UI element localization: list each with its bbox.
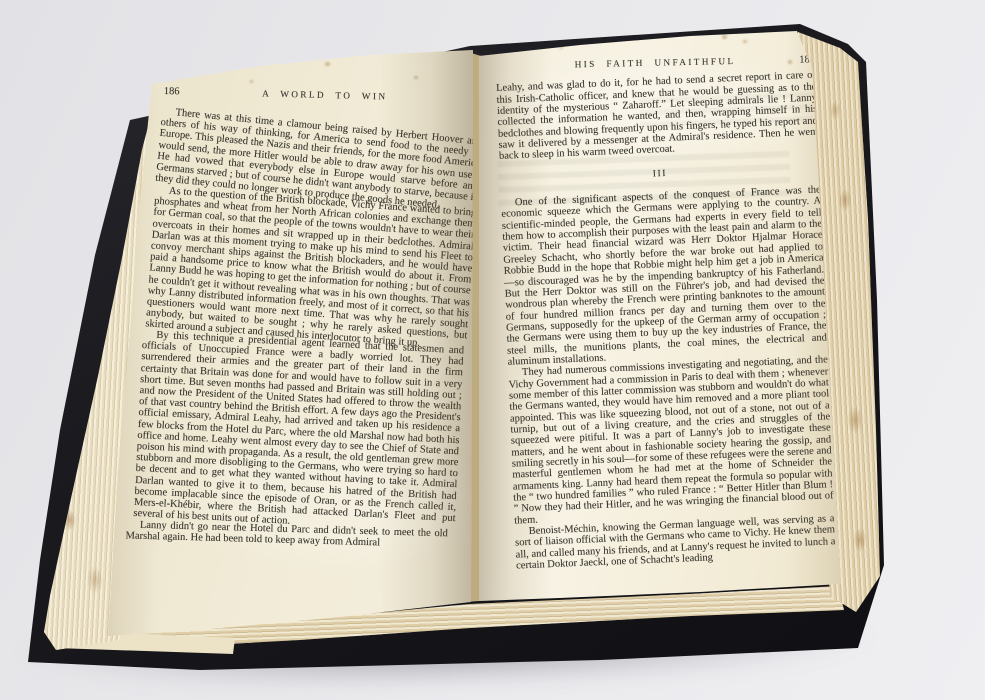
foxing-spot — [722, 35, 727, 39]
foxing-spot — [325, 62, 330, 66]
right-page-text: HIS FAITH UNFAITHFUL 187 Leahy, and was … — [495, 48, 836, 572]
foxing-spot — [743, 40, 747, 43]
left-running-head-row: 186 A WORLD TO WIN — [164, 86, 486, 105]
paragraph: They had numerous commissions investigat… — [508, 355, 834, 527]
running-head: HIS FAITH UNFAITHFUL — [537, 55, 773, 71]
section-heading: III — [500, 162, 820, 187]
right-running-head-row: HIS FAITH UNFAITHFUL 187 — [495, 54, 815, 72]
paragraph: One of the significant aspects of the co… — [501, 185, 828, 368]
paragraph: Leahy, and was glad to do it, for he had… — [496, 70, 819, 163]
page-number: 186 — [164, 86, 206, 98]
photo-background: 186 A WORLD TO WIN There was at this tim… — [0, 0, 985, 700]
paragraph: As to the question of the British blocka… — [145, 184, 477, 352]
foxing-spot — [414, 76, 418, 79]
paragraph: By this technique a presidential agent l… — [133, 329, 464, 536]
running-head: A WORLD TO WIN — [206, 87, 444, 104]
left-page-text: 186 A WORLD TO WIN There was at this tim… — [124, 86, 485, 569]
foxing-spot — [250, 80, 253, 83]
head-spacer — [495, 68, 537, 69]
